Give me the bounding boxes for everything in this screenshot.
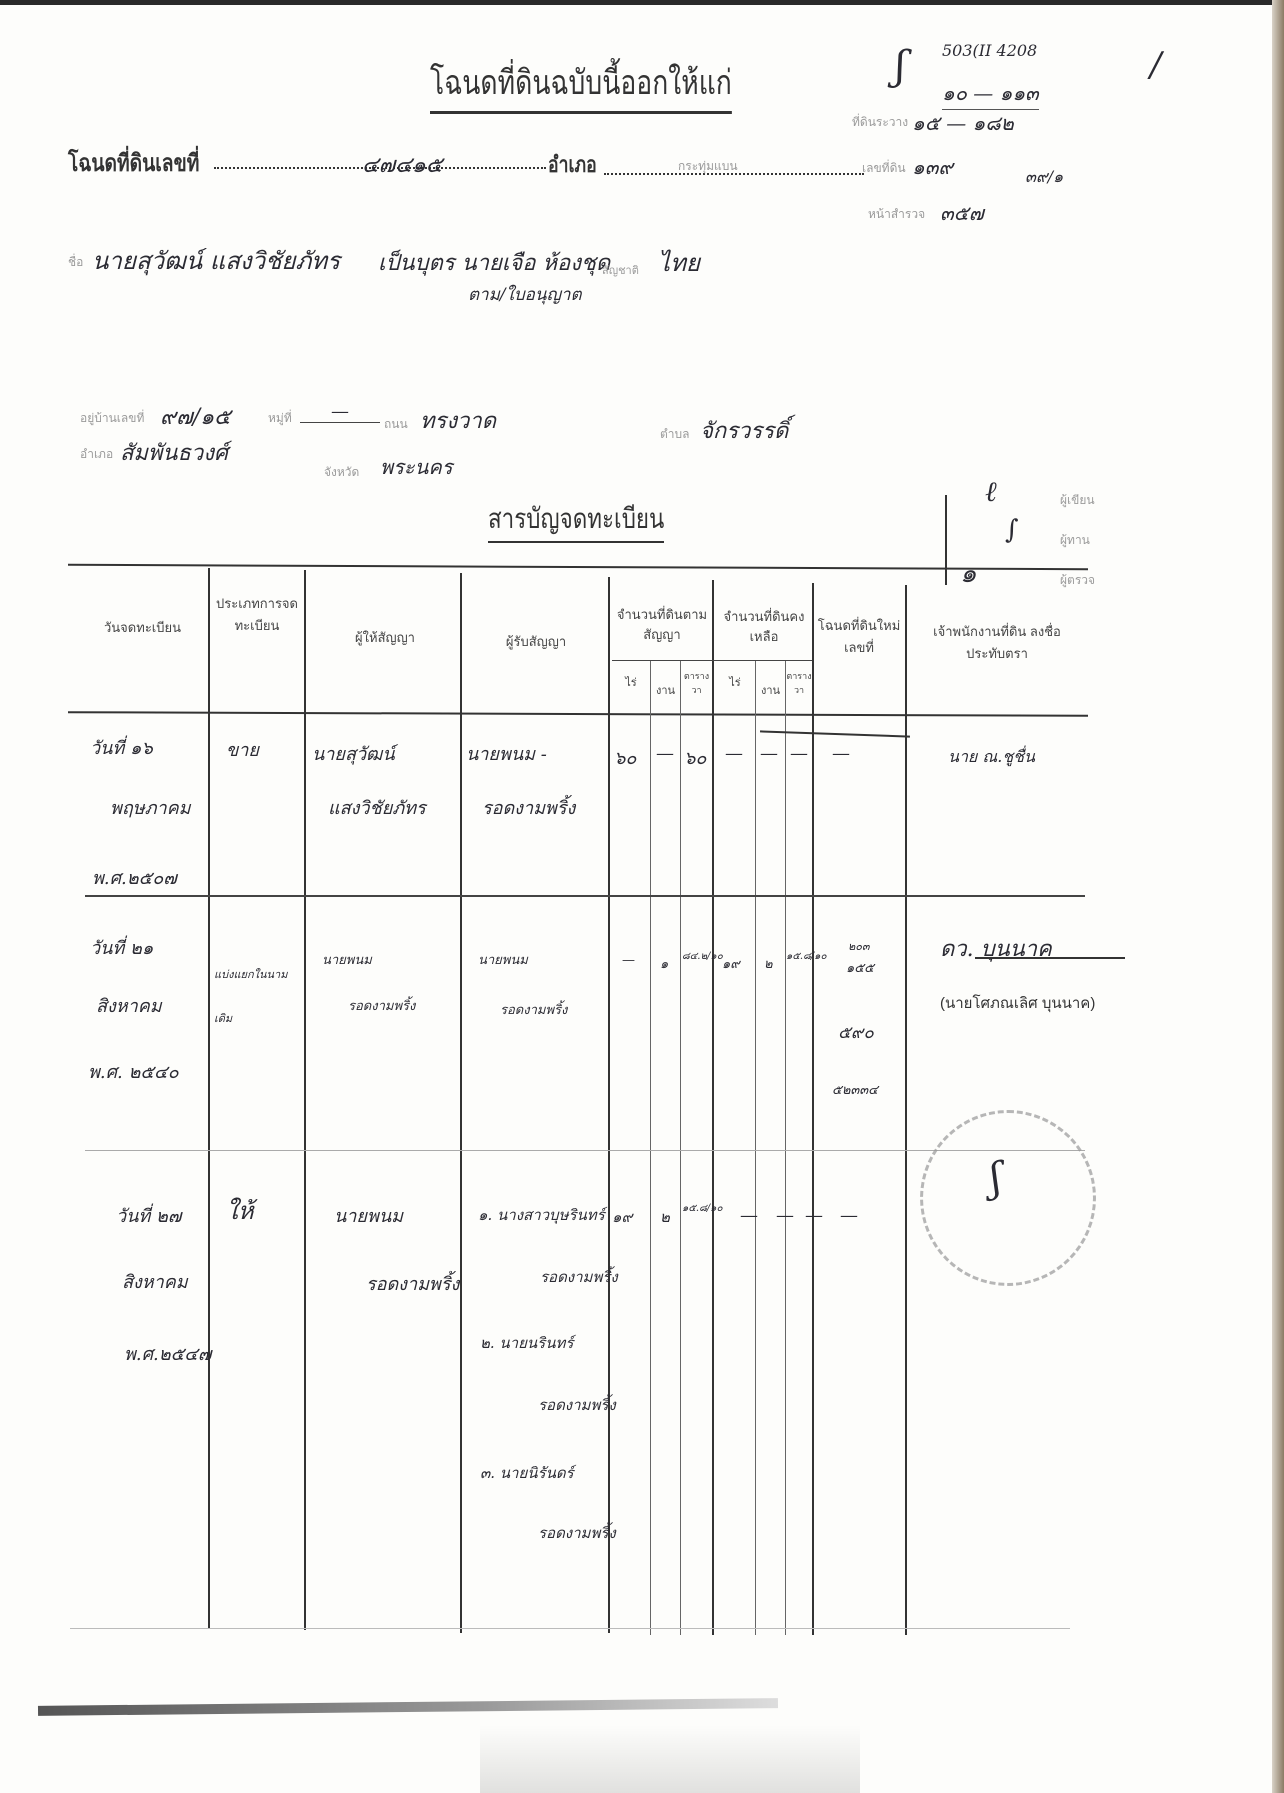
row3-type: ให้ — [226, 1191, 254, 1230]
row2-new-deed-4: ๕๒๓๓๔ — [832, 1079, 878, 1100]
row3-grantee-6: รอดงามพริ้ง — [538, 1521, 616, 1545]
row1-date-day: วันที่ ๑๖ — [90, 733, 153, 762]
registry-title: สารบัญจดทะเบียน — [488, 497, 664, 543]
row2-officer-signature-icon: ดว. บุนนาค — [940, 931, 1052, 966]
row-separator — [85, 895, 1085, 897]
header-ngan: งาน — [651, 681, 680, 699]
page-bottom-edge — [38, 1698, 778, 1716]
row2-new-deed-3: ๕๙๐ — [838, 1019, 874, 1046]
col-divider — [304, 570, 306, 1630]
row1-grantee-2: รอดงามพริ้ง — [482, 793, 575, 822]
row2-date-month: สิงหาคม — [96, 991, 162, 1020]
col-divider — [905, 585, 907, 1635]
row1-remaining-sqwa: — — [790, 743, 808, 764]
checker-label: ผู้ทาน — [1060, 531, 1090, 550]
deed-no-value: ๔๗๔๑๕ — [362, 147, 442, 182]
row3-date-month: สิงหาคม — [122, 1267, 188, 1296]
header-type: ประเภทการจดทะเบียน — [212, 593, 302, 637]
header-new-deed: โฉนดที่ดินใหม่เลขที่ — [814, 615, 904, 659]
road-value: ทรงวาด — [420, 403, 496, 438]
row3-remaining-ngan: — — [776, 1205, 794, 1226]
row2-contract-rai: — — [622, 953, 635, 968]
row1-remaining-rai: — — [725, 743, 743, 764]
table-header-rule — [68, 711, 1088, 717]
header-area-contract: จำนวนที่ดินตามสัญญา — [612, 605, 712, 645]
row3-grantee-4: รอดงามพริ้ง — [538, 1393, 616, 1417]
col-divider-thin — [785, 660, 786, 1635]
header-officer: เจ้าพนักงานที่ดิน ลงชื่อ ประทับตรา — [912, 621, 1082, 665]
header-sq-wa: ตารางวา — [681, 669, 712, 697]
header-rai-remaining: ไร่ — [716, 673, 754, 691]
header-grantee: ผู้รับสัญญา — [464, 631, 608, 652]
col-divider — [208, 568, 210, 1628]
row1-grantee-1: นายพนม - — [466, 739, 547, 768]
row1-remaining-ngan: — — [760, 743, 778, 764]
district-value: กระทุ่มแบน — [678, 157, 738, 176]
row2-remaining-sqwa: ๑๕.๘/๑๐ — [786, 949, 827, 964]
row1-officer: นาย ณ.ชูชื่น — [948, 745, 1035, 770]
row3-contract-ngan: ๒ — [660, 1205, 670, 1229]
table-bottom-rule — [70, 1628, 1070, 1629]
inspector-label: ผู้ตรวจ — [1060, 571, 1095, 590]
row3-grantee-3: ๒. นายนรินทร์ — [480, 1331, 573, 1355]
page-mark: / — [1150, 45, 1161, 85]
nationality-value: ไทย — [658, 243, 700, 282]
col-divider-thin — [650, 660, 651, 1635]
row2-date-year: พ.ศ. ๒๕๔๐ — [88, 1057, 179, 1086]
row2-new-deed-2: ๑๕๕ — [846, 957, 874, 978]
header-ngan-remaining: งาน — [756, 681, 785, 699]
row3-new-deed: — — [840, 1205, 858, 1226]
row1-signature-stroke — [760, 730, 910, 737]
row1-date-month: พฤษภาคม — [110, 793, 191, 822]
house-no-label: อยู่บ้านเลขที่ — [80, 409, 144, 428]
row3-contract-sqwa: ๑๕.๘/๑๐ — [682, 1201, 723, 1216]
page-right-edge — [1272, 0, 1284, 1793]
signature-bracket — [945, 495, 947, 585]
writer-signature-icon: ℓ — [985, 475, 997, 509]
row3-grantee-5: ๓. นายนิรันดร์ — [480, 1461, 574, 1485]
row2-grantee-1: นายพนม — [478, 949, 528, 970]
province-label: จังหวัด — [324, 463, 359, 482]
table-top-rule — [68, 564, 1088, 570]
row2-signature-stroke — [975, 957, 1125, 959]
row2-remaining-ngan: ๒ — [764, 953, 773, 974]
survey-sheet-label: ที่ดินระวาง — [852, 113, 908, 132]
inspector-signature-icon: ๑ — [960, 553, 977, 594]
row2-new-deed-1: ๒๐๓ — [848, 937, 869, 955]
row2-contract-sqwa: ๘๔.๒/๑๐ — [682, 949, 723, 964]
row1-contract-sqwa: ๖๐ — [684, 743, 706, 772]
survey-page-label: หน้าสำรวจ — [868, 205, 925, 224]
checker-signature-icon: ∫ — [1005, 515, 1019, 545]
address-district-label: อำเภอ — [80, 445, 113, 464]
row1-type: ขาย — [226, 735, 259, 764]
col-divider — [712, 580, 714, 1635]
row3-grantee-2: รอดงามพริ้ง — [540, 1265, 618, 1289]
address-district-value: สัมพันธวงศ์ — [120, 435, 228, 470]
row3-contract-rai: ๑๙ — [612, 1205, 633, 1229]
header-sq-wa-remaining: ตารางวา — [786, 669, 812, 697]
header-grantor: ผู้ให้สัญญา — [310, 627, 460, 648]
row3-grantor-2: รอดงามพริ้ง — [366, 1269, 459, 1298]
row2-remaining-rai: ๑๙ — [722, 953, 740, 974]
header-date: วันจดทะเบียน — [80, 617, 205, 638]
official-seal-stamp — [920, 1110, 1096, 1286]
owner-note: ตาม/ใบอนุญาต — [468, 281, 582, 308]
province-value: พระนคร — [380, 451, 452, 483]
writer-label: ผู้เขียน — [1060, 491, 1095, 510]
row1-grantor-2: แสงวิชัยภัทร — [328, 793, 426, 822]
row2-grantee-2: รอดงามพริ้ง — [500, 999, 567, 1020]
finger-shadow — [480, 1725, 860, 1793]
row2-grantor-1: นายพนม — [322, 949, 372, 970]
row1-date-year: พ.ศ.๒๕๐๗ — [92, 863, 177, 892]
parcel-no-value: ๑๓๙ — [912, 151, 953, 183]
row2-type: แบ่งแยกในนามเดิม — [214, 953, 302, 1041]
col-divider-thin — [680, 660, 681, 1635]
row3-remaining-rai: — — [740, 1205, 758, 1226]
nationality-label: สัญชาติ — [602, 261, 639, 279]
moo-value: — — [300, 401, 380, 423]
row1-new-deed: — — [832, 743, 850, 764]
row3-grantee-1: ๑. นางสาวบุษรินทร์ — [478, 1203, 605, 1227]
deed-no-label: โฉนดที่ดินเลขที่ — [68, 143, 199, 182]
header-rai: ไร่ — [612, 673, 650, 691]
row2-officer-name: (นายโศภณเลิศ บุนนาค) — [940, 991, 1095, 1015]
subdistrict-label: ตำบล — [660, 425, 690, 444]
owner-relation: เป็นบุตร นายเจือ ห้องชุด — [378, 245, 610, 280]
row2-grantor-2: รอดงามพริ้ง — [348, 995, 415, 1016]
corner-line1: ๑๐ — ๑๑๓ — [942, 77, 1039, 110]
subheader-rule — [612, 660, 812, 661]
col-divider-thin — [755, 660, 756, 1635]
row1-grantor-1: นายสุวัฒน์ — [312, 739, 395, 768]
parcel-no-label: เลขที่ดิน — [862, 159, 906, 178]
row1-contract-rai: ๖๐ — [614, 743, 636, 772]
district-label: อำเภอ — [548, 147, 597, 182]
deed-page: โฉนดที่ดินฉบับนี้ออกให้แก่ / ʃ 503(II 42… — [0, 5, 1272, 1793]
survey-page-value: ๓๕๗ — [940, 197, 984, 229]
row1-contract-ngan: — — [656, 743, 674, 764]
row2-date-day: วันที่ ๒๑ — [90, 933, 153, 962]
moo-label: หมู่ที่ — [268, 409, 292, 428]
road-label: ถนน — [384, 415, 408, 434]
owner-prefix: ชื่อ — [68, 253, 83, 272]
parcel-no-extra: ๓๙/๑ — [1025, 165, 1063, 190]
row2-contract-ngan: ๑ — [660, 953, 668, 974]
col-divider — [812, 583, 814, 1635]
subdistrict-value: จักรวรรดิ์ — [700, 413, 788, 448]
col-divider — [608, 577, 610, 1633]
row3-date-day: วันที่ ๒๗ — [116, 1201, 181, 1230]
page-title: โฉนดที่ดินฉบับนี้ออกให้แก่ — [430, 55, 732, 114]
survey-sheet-value: ๑๕ — ๑๘๒ — [912, 107, 1014, 139]
row3-grantor-1: นายพนม — [334, 1201, 403, 1230]
owner-name: นายสุวัฒน์ แสงวิชัยภัทร — [92, 241, 340, 280]
signature-initial-icon: ʃ — [895, 43, 906, 89]
corner-reference: 503(II 4208 — [942, 41, 1037, 60]
col-divider — [460, 573, 462, 1633]
row3-date-year: พ.ศ.๒๕๔๗ — [124, 1339, 211, 1368]
row3-remaining-sqwa: — — [805, 1205, 823, 1226]
header-area-remaining: จำนวนที่ดินคงเหลือ — [716, 607, 812, 647]
house-no-value: ๙๗/๑๕ — [160, 399, 231, 434]
